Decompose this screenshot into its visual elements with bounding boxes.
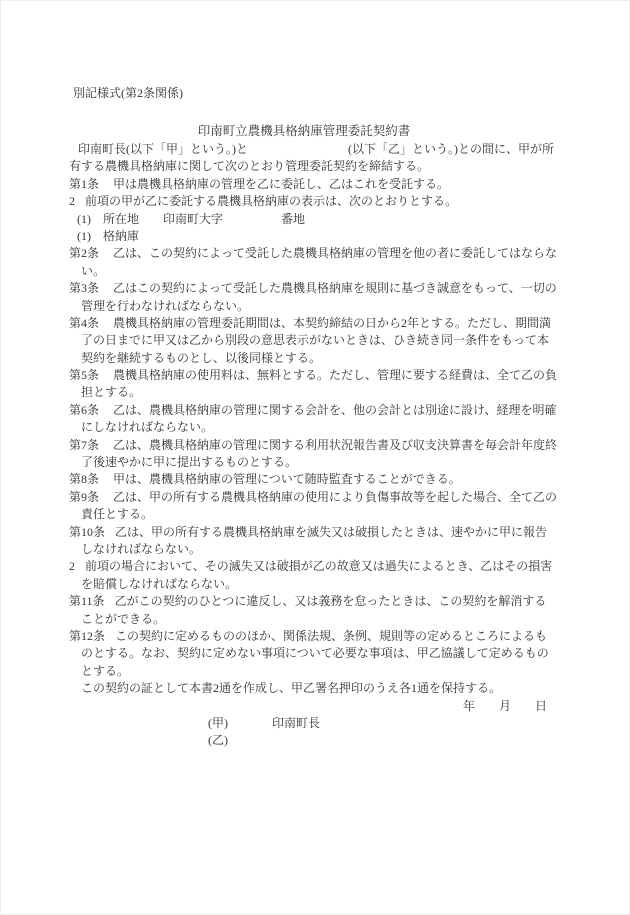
line-text: にしなければならない。: [81, 420, 213, 434]
document-line: (甲)印南町長: [69, 715, 561, 732]
form-style-label: 別記様式(第2条関係): [73, 85, 183, 102]
line-text: 甲は農機具格納庫の管理を乙に委託し、乙はこれを受託する。: [113, 177, 449, 191]
document-body: 印南町長(以下「甲」という。)と(以下「乙」という。)との間に、甲が所有する農機…: [69, 141, 561, 750]
document-line: 第4条農機具格納庫の管理委託期間は、本契約締結の日から2年とする。ただし、期間満: [69, 315, 561, 332]
document-line: 第12条この契約に定めるもののほか、関係法規、条例、規則等の定めるところによるも: [69, 628, 561, 645]
line-text: 管理を行わなければならない。: [81, 299, 249, 313]
document-line: 契約を継続するものとし、以後同様とする。: [69, 350, 561, 367]
document-line: 第3条乙はこの契約によって受託した農機具格納庫を規則に基づき誠意をもって、一切の: [69, 280, 561, 297]
space-gap: [99, 378, 113, 379]
document-line: い。: [69, 263, 561, 280]
address-blank: [223, 222, 281, 223]
line-text: 乙は、甲の所有する農機具格納庫の使用により負傷事故等を起した場合、全て乙の: [113, 490, 557, 504]
document-line: 2前項の場合において、その滅失又は破損が乙の故意又は過失によるとき、乙はその損害: [69, 558, 561, 575]
document-line: 了後速やかに甲に提出するものとする。: [69, 454, 561, 471]
document-line: 管理を行わなければならない。: [69, 298, 561, 315]
document-line: 第11条乙がこの契約のひとつに違反し、又は義務を怠ったときは、この契約を解消する: [69, 593, 561, 610]
line-text: 第10条: [69, 525, 105, 539]
line-text: この契約に定めるもののほか、関係法規、条例、規則等の定めるところによるも: [115, 629, 547, 643]
document-line: (1)所在地印南町大字番地: [69, 211, 561, 228]
line-text: ことができる。: [81, 612, 165, 626]
line-text: 印南町長: [272, 716, 320, 730]
line-text: 第6条: [69, 403, 99, 417]
line-text: 印南町大字: [163, 212, 223, 226]
document-line: にしなければならない。: [69, 419, 561, 436]
document-line: を賠償しなければならない。: [69, 576, 561, 593]
document-line: 有する農機具格納庫に関して次のとおり管理委託契約を締結する。: [69, 158, 561, 175]
document-line: 責任とする。: [69, 506, 561, 523]
month-blank: [475, 709, 499, 710]
document-line: 第7条乙は、農機具格納庫の管理に関する利用状況報告書及び収支決算書を毎会計年度終: [69, 437, 561, 454]
line-text: とする。: [81, 664, 129, 678]
space-gap: [75, 569, 85, 570]
line-text: 第12条: [69, 629, 105, 643]
document-line: 第10条乙は、甲の所有する農機具格納庫を滅失又は破損したときは、速やかに甲に報告: [69, 524, 561, 541]
document-line: (乙): [69, 732, 561, 749]
space-gap: [91, 239, 103, 240]
document-line: 第2条乙は、この契約によって受託した農機具格納庫の管理を他の者に委託してはならな: [69, 245, 561, 262]
document-line: のとする。なお、契約に定めない事項について必要な事項は、甲乙協議して定めるもの: [69, 645, 561, 662]
line-text: 乙がこの契約のひとつに違反し、又は義務を怠ったときは、この契約を解消する: [115, 594, 547, 608]
document-line: 了の日までに甲又は乙から別段の意思表示がないときは、ひき続き同一条件をもって本: [69, 332, 561, 349]
line-text: 2: [69, 194, 75, 208]
line-text: 契約を継続するものとし、以後同様とする。: [81, 351, 321, 365]
space-gap: [99, 413, 113, 414]
line-text: 農機具格納庫の管理委託期間は、本契約締結の日から2年とする。ただし、期間満: [113, 316, 551, 330]
space-gap: [99, 448, 113, 449]
line-text: 第7条: [69, 438, 99, 452]
space-gap: [105, 535, 115, 536]
document-line: 年月日: [69, 698, 561, 715]
document-line: 2前項の甲が乙に委託する農機具格納庫の表示は、次のとおりとする。: [69, 193, 561, 210]
space-gap: [139, 222, 163, 223]
space-gap: [99, 326, 113, 327]
space-gap: [99, 291, 113, 292]
document-line: しなければならない。: [69, 541, 561, 558]
line-text: 印南町長(以下「甲」という。)と: [78, 142, 248, 156]
document-line: とする。: [69, 663, 561, 680]
line-text: 責任とする。: [81, 507, 153, 521]
line-text: (乙): [208, 733, 228, 747]
document-line: 担とする。: [69, 384, 561, 401]
line-text: 日: [535, 699, 547, 713]
line-text: 乙は、農機具格納庫の管理に関する利用状況報告書及び収支決算書を毎会計年度終: [113, 438, 557, 452]
contract-document-page: 別記様式(第2条関係) 印南町立農機具格納庫管理委託契約書 印南町長(以下「甲」…: [0, 0, 630, 915]
line-text: 甲は、農機具格納庫の管理について随時監査することができる。: [113, 472, 461, 486]
document-line: 第6条乙は、農機具格納庫の管理に関する会計を、他の会計とは別途に設け、経理を明確: [69, 402, 561, 419]
document-title: 印南町立農機具格納庫管理委託契約書: [69, 122, 561, 140]
line-text: 格納庫: [103, 229, 139, 243]
line-text: 番地: [281, 212, 305, 226]
line-text: 第2条: [69, 246, 99, 260]
line-text: 年: [463, 699, 475, 713]
line-text: 第4条: [69, 316, 99, 330]
line-text: (甲): [208, 716, 228, 730]
line-text: この契約の証として本書2通を作成し、甲乙署名押印のうえ各1通を保持する。: [81, 681, 501, 695]
line-text: 農機具格納庫の使用料は、無料とする。ただし、管理に要する経費は、全て乙の負: [113, 368, 557, 382]
line-text: 第9条: [69, 490, 99, 504]
line-text: 乙は、甲の所有する農機具格納庫を滅失又は破損したときは、速やかに甲に報告: [115, 525, 547, 539]
line-text: 前項の場合において、その滅失又は破損が乙の故意又は過失によるとき、乙はその損害: [85, 559, 552, 573]
line-text: (1): [77, 212, 91, 226]
space-gap: [99, 187, 113, 188]
party-b-name-blank: [248, 152, 348, 153]
line-text: 乙は、農機具格納庫の管理に関する会計を、他の会計とは別途に設け、経理を明確: [113, 403, 557, 417]
line-text: 乙はこの契約によって受託した農機具格納庫を規則に基づき誠意をもって、一切の: [113, 281, 557, 295]
document-line: 第9条乙は、甲の所有する農機具格納庫の使用により負傷事故等を起した場合、全て乙の: [69, 489, 561, 506]
space-gap: [75, 204, 85, 205]
line-text: 了の日までに甲又は乙から別段の意思表示がないときは、ひき続き同一条件をもって本: [81, 333, 549, 347]
line-text: 第1条: [69, 177, 99, 191]
document-line: (1)格納庫: [69, 228, 561, 245]
line-text: 第11条: [69, 594, 105, 608]
line-text: (以下「乙」という。)との間に、甲が所: [348, 142, 554, 156]
line-text: 第8条: [69, 472, 99, 486]
document-line: 第8条甲は、農機具格納庫の管理について随時監査することができる。: [69, 471, 561, 488]
line-text: 所在地: [103, 212, 139, 226]
space-gap: [91, 222, 103, 223]
space-gap: [105, 604, 115, 605]
document-line: 第1条甲は農機具格納庫の管理を乙に委託し、乙はこれを受託する。: [69, 176, 561, 193]
line-text: 有する農機具格納庫に関して次のとおり管理委託契約を締結する。: [69, 159, 429, 173]
line-text: 乙は、この契約によって受託した農機具格納庫の管理を他の者に委託してはならな: [113, 246, 557, 260]
line-text: (1): [77, 229, 91, 243]
document-line: 第5条農機具格納庫の使用料は、無料とする。ただし、管理に要する経費は、全て乙の負: [69, 367, 561, 384]
space-gap: [99, 482, 113, 483]
day-blank: [511, 709, 535, 710]
space-gap: [228, 726, 272, 727]
line-text: 月: [499, 699, 511, 713]
line-text: しなければならない。: [81, 542, 201, 556]
line-text: を賠償しなければならない。: [81, 577, 237, 591]
space-gap: [105, 639, 115, 640]
line-text: 2: [69, 559, 75, 573]
line-text: 担とする。: [81, 385, 141, 399]
space-gap: [99, 500, 113, 501]
document-line: ことができる。: [69, 611, 561, 628]
document-line: この契約の証として本書2通を作成し、甲乙署名押印のうえ各1通を保持する。: [69, 680, 561, 697]
line-text: 第5条: [69, 368, 99, 382]
line-text: 前項の甲が乙に委託する農機具格納庫の表示は、次のとおりとする。: [85, 194, 457, 208]
space-gap: [99, 256, 113, 257]
document-line: 印南町長(以下「甲」という。)と(以下「乙」という。)との間に、甲が所: [69, 141, 561, 158]
line-text: のとする。なお、契約に定めない事項について必要な事項は、甲乙協議して定めるもの: [81, 646, 549, 660]
line-text: 了後速やかに甲に提出するものとする。: [81, 455, 297, 469]
line-text: 第3条: [69, 281, 99, 295]
line-text: い。: [81, 264, 105, 278]
